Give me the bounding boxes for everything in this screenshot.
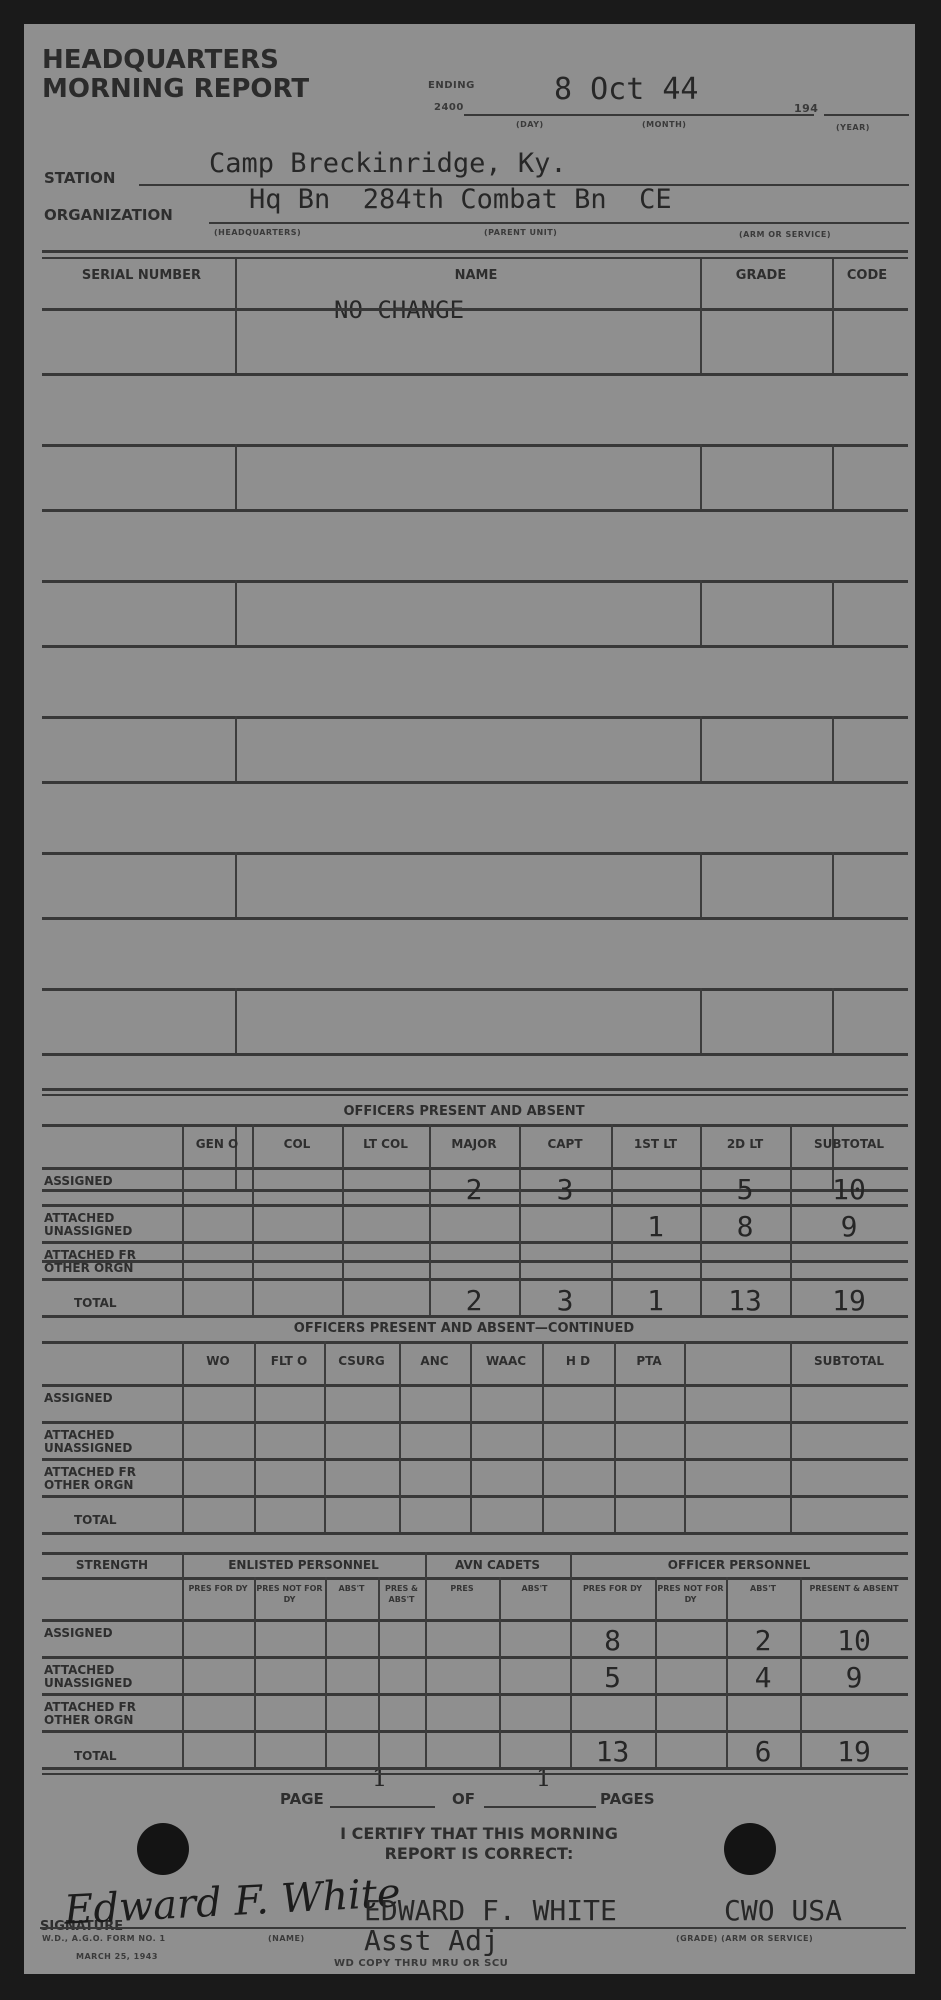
officers-cont-rule xyxy=(42,1495,908,1498)
organization-line xyxy=(209,222,909,224)
officers-cell[interactable]: 13 xyxy=(700,1284,790,1313)
roster-column-divider xyxy=(700,259,702,308)
form-date: MARCH 25, 1943 xyxy=(76,1952,158,1961)
officers-cell[interactable] xyxy=(182,1210,252,1239)
officers-cell[interactable] xyxy=(700,1247,790,1276)
officers-cell[interactable]: 3 xyxy=(519,1173,611,1202)
form-title-line1: HEADQUARTERS xyxy=(42,46,309,75)
punch-hole-left xyxy=(137,1823,189,1875)
officers-row-label: ATTACHED UNASSIGNED xyxy=(44,1212,180,1238)
roster-entry-row[interactable] xyxy=(42,1053,908,1124)
page-line xyxy=(330,1806,435,1808)
officers-cont-cell[interactable] xyxy=(542,1427,614,1456)
officers-cont-cell[interactable] xyxy=(324,1390,399,1419)
strength-cell[interactable] xyxy=(425,1661,499,1691)
roster-column-divider xyxy=(832,308,834,373)
officers-cont-cell[interactable] xyxy=(182,1464,254,1493)
officers-col-header: SUBTOTAL xyxy=(790,1137,908,1151)
form-title: HEADQUARTERS MORNING REPORT xyxy=(42,46,309,104)
officers-cell[interactable] xyxy=(611,1247,700,1276)
station-label: STATION xyxy=(44,169,115,187)
strength-cell[interactable] xyxy=(499,1735,570,1765)
roster-column-divider xyxy=(832,716,834,781)
officers-cont-cell[interactable] xyxy=(542,1464,614,1493)
officers-row-label: ASSIGNED xyxy=(44,1175,180,1188)
officers-cont-cell[interactable] xyxy=(254,1427,324,1456)
officers-cont-col-header: ANC xyxy=(399,1354,470,1368)
certify-line1: I CERTIFY THAT THIS MORNING xyxy=(279,1824,679,1843)
roster-entry-row[interactable] xyxy=(42,373,908,444)
roster-rule xyxy=(42,716,908,719)
strength-col-header: PRESENT & ABSENT xyxy=(800,1583,908,1594)
officers-cont-cell[interactable] xyxy=(254,1464,324,1493)
officers-cell[interactable]: 9 xyxy=(790,1210,908,1239)
strength-cell[interactable] xyxy=(726,1698,800,1728)
officers-cell[interactable]: 19 xyxy=(790,1284,908,1313)
officers-cont-row-label: ASSIGNED xyxy=(44,1392,180,1405)
strength-cell[interactable] xyxy=(325,1661,378,1691)
of-line xyxy=(484,1806,596,1808)
strength-cell[interactable] xyxy=(182,1624,254,1654)
col-grade: GRADE xyxy=(700,268,822,283)
strength-col-header: PRES NOT FOR DY xyxy=(254,1583,325,1605)
officers-cont-rule xyxy=(42,1458,908,1461)
strength-cell[interactable] xyxy=(182,1661,254,1691)
officers-cont-col-header: WAAC xyxy=(470,1354,542,1368)
strength-cell[interactable] xyxy=(499,1624,570,1654)
officers-cell[interactable] xyxy=(182,1247,252,1276)
roster-column-divider xyxy=(235,444,237,509)
strength-col-header: PRES FOR DY xyxy=(570,1583,655,1594)
officers-cont-cell[interactable] xyxy=(684,1427,790,1456)
strength-cell[interactable] xyxy=(378,1698,425,1728)
roster-entry-row[interactable] xyxy=(42,645,908,716)
strength-cell[interactable]: 6 xyxy=(726,1735,800,1765)
strength-cell[interactable] xyxy=(254,1661,325,1691)
strength-cell[interactable]: 13 xyxy=(570,1735,655,1765)
officers-cont-cell[interactable] xyxy=(399,1427,470,1456)
roster-rule xyxy=(42,308,908,311)
officers-cell[interactable] xyxy=(252,1284,342,1313)
strength-row-label: ASSIGNED xyxy=(44,1627,180,1640)
officers-cell[interactable] xyxy=(611,1173,700,1202)
officers-cont-col-header: FLT O xyxy=(254,1354,324,1368)
roster-column-divider xyxy=(832,259,834,308)
officers-cell[interactable] xyxy=(252,1210,342,1239)
officers-rule xyxy=(42,1278,908,1281)
signer-title: Asst Adj xyxy=(364,1924,499,1957)
name-caption: (NAME) xyxy=(268,1934,305,1943)
officers-rule xyxy=(42,1124,908,1127)
organization-value: Hq Bn 284th Combat Bn CE xyxy=(249,184,672,215)
officers-cont-cell[interactable] xyxy=(182,1501,254,1530)
roster-entry-row[interactable] xyxy=(42,917,908,988)
year-line xyxy=(824,114,909,116)
strength-group-header: AVN CADETS xyxy=(425,1558,570,1572)
officers-cell[interactable] xyxy=(182,1284,252,1313)
officers-cont-col-header: H D xyxy=(542,1354,614,1368)
officers-cell[interactable]: 8 xyxy=(700,1210,790,1239)
officers-cont-row-label: ATTACHED UNASSIGNED xyxy=(44,1429,180,1455)
strength-cell[interactable]: 8 xyxy=(570,1624,655,1654)
organization-label: ORGANIZATION xyxy=(44,206,173,224)
officers-cell[interactable] xyxy=(342,1284,429,1313)
officers-cont-cell[interactable] xyxy=(684,1501,790,1530)
roster-column-divider xyxy=(235,716,237,781)
strength-rule xyxy=(42,1730,908,1733)
strength-rule xyxy=(42,1552,908,1555)
year-caption: (YEAR) xyxy=(836,123,870,132)
strength-cell[interactable] xyxy=(325,1624,378,1654)
year-prefix: 194 xyxy=(794,102,818,115)
officers-cell[interactable]: 1 xyxy=(611,1284,700,1313)
date-line xyxy=(464,114,814,116)
signature-script: Edward F. White xyxy=(63,1870,402,1934)
officers-cell[interactable] xyxy=(519,1247,611,1276)
officers-cont-cell[interactable] xyxy=(182,1427,254,1456)
officers-cont-cell[interactable] xyxy=(399,1501,470,1530)
strength-rule xyxy=(42,1767,908,1770)
officers-cont-cell[interactable] xyxy=(254,1390,324,1419)
roster-column-divider xyxy=(700,988,702,1053)
strength-cell[interactable] xyxy=(182,1735,254,1765)
roster-column-divider xyxy=(700,444,702,509)
strength-cell[interactable]: 10 xyxy=(800,1624,908,1654)
grade-caption: (GRADE) (ARM OR SERVICE) xyxy=(676,1934,813,1943)
month-caption: (MONTH) xyxy=(642,120,686,129)
officers-cont-cell[interactable] xyxy=(399,1390,470,1419)
form-title-line2: MORNING REPORT xyxy=(42,75,309,104)
strength-cell[interactable] xyxy=(378,1624,425,1654)
officers-cell[interactable] xyxy=(519,1210,611,1239)
officers-cont-cell[interactable] xyxy=(470,1501,542,1530)
officers-cont-cell[interactable] xyxy=(324,1464,399,1493)
strength-col-header: PRES NOT FOR DY xyxy=(655,1583,726,1605)
strength-cell[interactable] xyxy=(499,1698,570,1728)
officers-cont-rule xyxy=(42,1341,908,1344)
officers-cell[interactable] xyxy=(342,1210,429,1239)
officers-cell[interactable]: 3 xyxy=(519,1284,611,1313)
col-code: CODE xyxy=(828,268,906,283)
officers-col-header: LT COL xyxy=(342,1137,429,1151)
officers-row-label: ATTACHED FR OTHER ORGN xyxy=(44,1249,180,1275)
col-serial-number: SERIAL NUMBER xyxy=(44,268,239,283)
officers-cont-cell[interactable] xyxy=(684,1464,790,1493)
strength-col-header: ABS'T xyxy=(726,1583,800,1594)
officers-cont-cell[interactable] xyxy=(182,1390,254,1419)
officers-cont-cell[interactable] xyxy=(470,1390,542,1419)
officers-cont-cell[interactable] xyxy=(470,1464,542,1493)
officers-cont-rule xyxy=(42,1532,908,1535)
punch-hole-right xyxy=(724,1823,776,1875)
strength-col-header: ABS'T xyxy=(325,1583,378,1594)
officers-cont-rule xyxy=(42,1421,908,1424)
roster-column-divider xyxy=(700,580,702,645)
strength-cell[interactable] xyxy=(800,1698,908,1728)
report-date: 8 Oct 44 xyxy=(554,72,699,107)
roster-column-divider xyxy=(235,308,237,373)
officers-cont-col-header: SUBTOTAL xyxy=(790,1354,908,1368)
org-caption-parent-unit: (PARENT UNIT) xyxy=(484,228,557,237)
roster-rule xyxy=(42,444,908,447)
officers-rule xyxy=(42,1241,908,1244)
officers-cont-cell[interactable] xyxy=(470,1427,542,1456)
officers-cont-cell[interactable] xyxy=(254,1501,324,1530)
strength-cell[interactable] xyxy=(655,1661,726,1691)
strength-cell[interactable]: 4 xyxy=(726,1661,800,1691)
officers-cell[interactable]: 5 xyxy=(700,1173,790,1202)
roster-column-divider xyxy=(235,852,237,917)
officers-col-header: MAJOR xyxy=(429,1137,519,1151)
officers-cont-cell[interactable] xyxy=(790,1427,908,1456)
org-caption-arm: (ARM OR SERVICE) xyxy=(739,230,831,239)
strength-cell[interactable] xyxy=(182,1698,254,1728)
officers-cell[interactable] xyxy=(252,1247,342,1276)
org-caption-headquarters: (HEADQUARTERS) xyxy=(214,228,301,237)
officers-cell[interactable] xyxy=(429,1210,519,1239)
strength-cell[interactable] xyxy=(378,1661,425,1691)
strength-cell[interactable] xyxy=(378,1735,425,1765)
certify-line2: REPORT IS CORRECT: xyxy=(279,1844,679,1863)
strength-cell[interactable]: 9 xyxy=(800,1661,908,1691)
strength-cell[interactable]: 2 xyxy=(726,1624,800,1654)
roster-top-rule-2 xyxy=(42,257,908,259)
strength-cell[interactable] xyxy=(325,1698,378,1728)
strength-cell[interactable] xyxy=(655,1624,726,1654)
officers-cont-cell[interactable] xyxy=(790,1390,908,1419)
officers-col-header: 1ST LT xyxy=(611,1137,700,1151)
strength-cell[interactable] xyxy=(425,1735,499,1765)
strength-row-label: ATTACHED FR OTHER ORGN xyxy=(44,1701,180,1727)
officers-cont-cell[interactable] xyxy=(324,1501,399,1530)
strength-cell[interactable] xyxy=(254,1735,325,1765)
strength-row-label: ATTACHED UNASSIGNED xyxy=(44,1664,180,1690)
ending-label: ENDING xyxy=(428,80,475,91)
form-number: W.D., A.G.O. FORM NO. 1 xyxy=(42,1934,166,1943)
ending-time-label: 2400 xyxy=(434,102,464,113)
roster-entry-row[interactable] xyxy=(42,509,908,580)
roster-column-divider xyxy=(832,444,834,509)
strength-col-header: PRES xyxy=(425,1583,499,1594)
roster-entry-row[interactable] xyxy=(42,781,908,852)
officers-cell[interactable]: 10 xyxy=(790,1173,908,1202)
strength-cell[interactable] xyxy=(570,1698,655,1728)
officers-cont-title: OFFICERS PRESENT AND ABSENT—CONTINUED xyxy=(184,1321,744,1336)
morning-report-form: HEADQUARTERS MORNING REPORT ENDING 2400 … xyxy=(24,24,915,1974)
officers-cell[interactable] xyxy=(342,1173,429,1202)
strength-cell[interactable] xyxy=(425,1698,499,1728)
strength-rule xyxy=(42,1577,908,1580)
strength-cell[interactable] xyxy=(254,1698,325,1728)
strength-cell[interactable] xyxy=(655,1735,726,1765)
officers-cont-cell[interactable] xyxy=(614,1501,684,1530)
officers-cell[interactable]: 2 xyxy=(429,1284,519,1313)
roster-column-divider xyxy=(832,852,834,917)
officers-cont-row-label: ATTACHED FR OTHER ORGN xyxy=(44,1466,180,1492)
roster-column-divider xyxy=(235,259,237,308)
officers-cont-cell[interactable] xyxy=(324,1427,399,1456)
officers-cell[interactable] xyxy=(342,1247,429,1276)
officers-cell[interactable]: 1 xyxy=(611,1210,700,1239)
officers-cont-cell[interactable] xyxy=(790,1464,908,1493)
strength-cell[interactable] xyxy=(254,1624,325,1654)
strength-col-header: PRES & ABS'T xyxy=(378,1583,425,1605)
strength-col-header: ABS'T xyxy=(499,1583,570,1594)
strength-cell[interactable] xyxy=(425,1624,499,1654)
station-value: Camp Breckinridge, Ky. xyxy=(209,148,567,179)
officers-cont-cell[interactable] xyxy=(614,1390,684,1419)
strength-cell[interactable] xyxy=(499,1661,570,1691)
signer-name: EDWARD F. WHITE xyxy=(364,1894,617,1927)
page-label: PAGE xyxy=(280,1790,324,1808)
officers-cont-cell[interactable] xyxy=(684,1390,790,1419)
officers-cont-col-header: WO xyxy=(182,1354,254,1368)
day-caption: (DAY) xyxy=(516,120,544,129)
strength-cell[interactable]: 19 xyxy=(800,1735,908,1765)
strength-group-header: OFFICER PERSONNEL xyxy=(570,1558,908,1572)
officers-rule xyxy=(42,1167,908,1170)
officers-col-header: CAPT xyxy=(519,1137,611,1151)
roster-column-divider xyxy=(700,716,702,781)
strength-group-header: ENLISTED PERSONNEL xyxy=(182,1558,425,1572)
strength-rule xyxy=(42,1619,908,1622)
strength-rule xyxy=(42,1656,908,1659)
officers-col-header: GEN O xyxy=(182,1137,252,1151)
officers-col-header: 2D LT xyxy=(700,1137,790,1151)
officers-cell[interactable] xyxy=(790,1247,908,1276)
officers-cell[interactable] xyxy=(182,1173,252,1202)
copy-note: WD COPY THRU MRU OR SCU xyxy=(334,1958,508,1969)
roster-rule xyxy=(42,852,908,855)
strength-title: STRENGTH xyxy=(42,1558,182,1572)
roster-column-divider xyxy=(235,580,237,645)
strength-bottom-rule xyxy=(42,1773,908,1775)
roster-rule xyxy=(42,580,908,583)
roster-top-rule xyxy=(42,250,908,253)
officers-cont-cell[interactable] xyxy=(542,1501,614,1530)
officers-cont-cell[interactable] xyxy=(614,1427,684,1456)
strength-cell[interactable] xyxy=(325,1735,378,1765)
signer-grade: CWO USA xyxy=(724,1894,842,1927)
strength-rule xyxy=(42,1693,908,1696)
officers-cell[interactable]: 2 xyxy=(429,1173,519,1202)
roster-column-divider xyxy=(832,988,834,1053)
roster-column-divider xyxy=(700,852,702,917)
roster-rule xyxy=(42,988,908,991)
strength-col-header: PRES FOR DY xyxy=(182,1583,254,1594)
officers-cont-col-header: PTA xyxy=(614,1354,684,1368)
officers-cell[interactable] xyxy=(252,1173,342,1202)
strength-cell[interactable] xyxy=(655,1698,726,1728)
strength-cell[interactable]: 5 xyxy=(570,1661,655,1691)
officers-cont-rule xyxy=(42,1384,908,1387)
officers-cont-col-header: CSURG xyxy=(324,1354,399,1368)
officers-cont-cell[interactable] xyxy=(542,1390,614,1419)
of-label: OF xyxy=(452,1790,475,1808)
officers-cont-cell[interactable] xyxy=(399,1464,470,1493)
roster-column-divider xyxy=(235,988,237,1053)
col-name: NAME xyxy=(256,268,696,283)
officers-cont-cell[interactable] xyxy=(790,1501,908,1530)
officers-cell[interactable] xyxy=(429,1247,519,1276)
roster-column-divider xyxy=(700,308,702,373)
officers-cont-cell[interactable] xyxy=(614,1464,684,1493)
officers-col-header: COL xyxy=(252,1137,342,1151)
pages-label: PAGES xyxy=(600,1790,655,1808)
roster-column-divider xyxy=(832,580,834,645)
